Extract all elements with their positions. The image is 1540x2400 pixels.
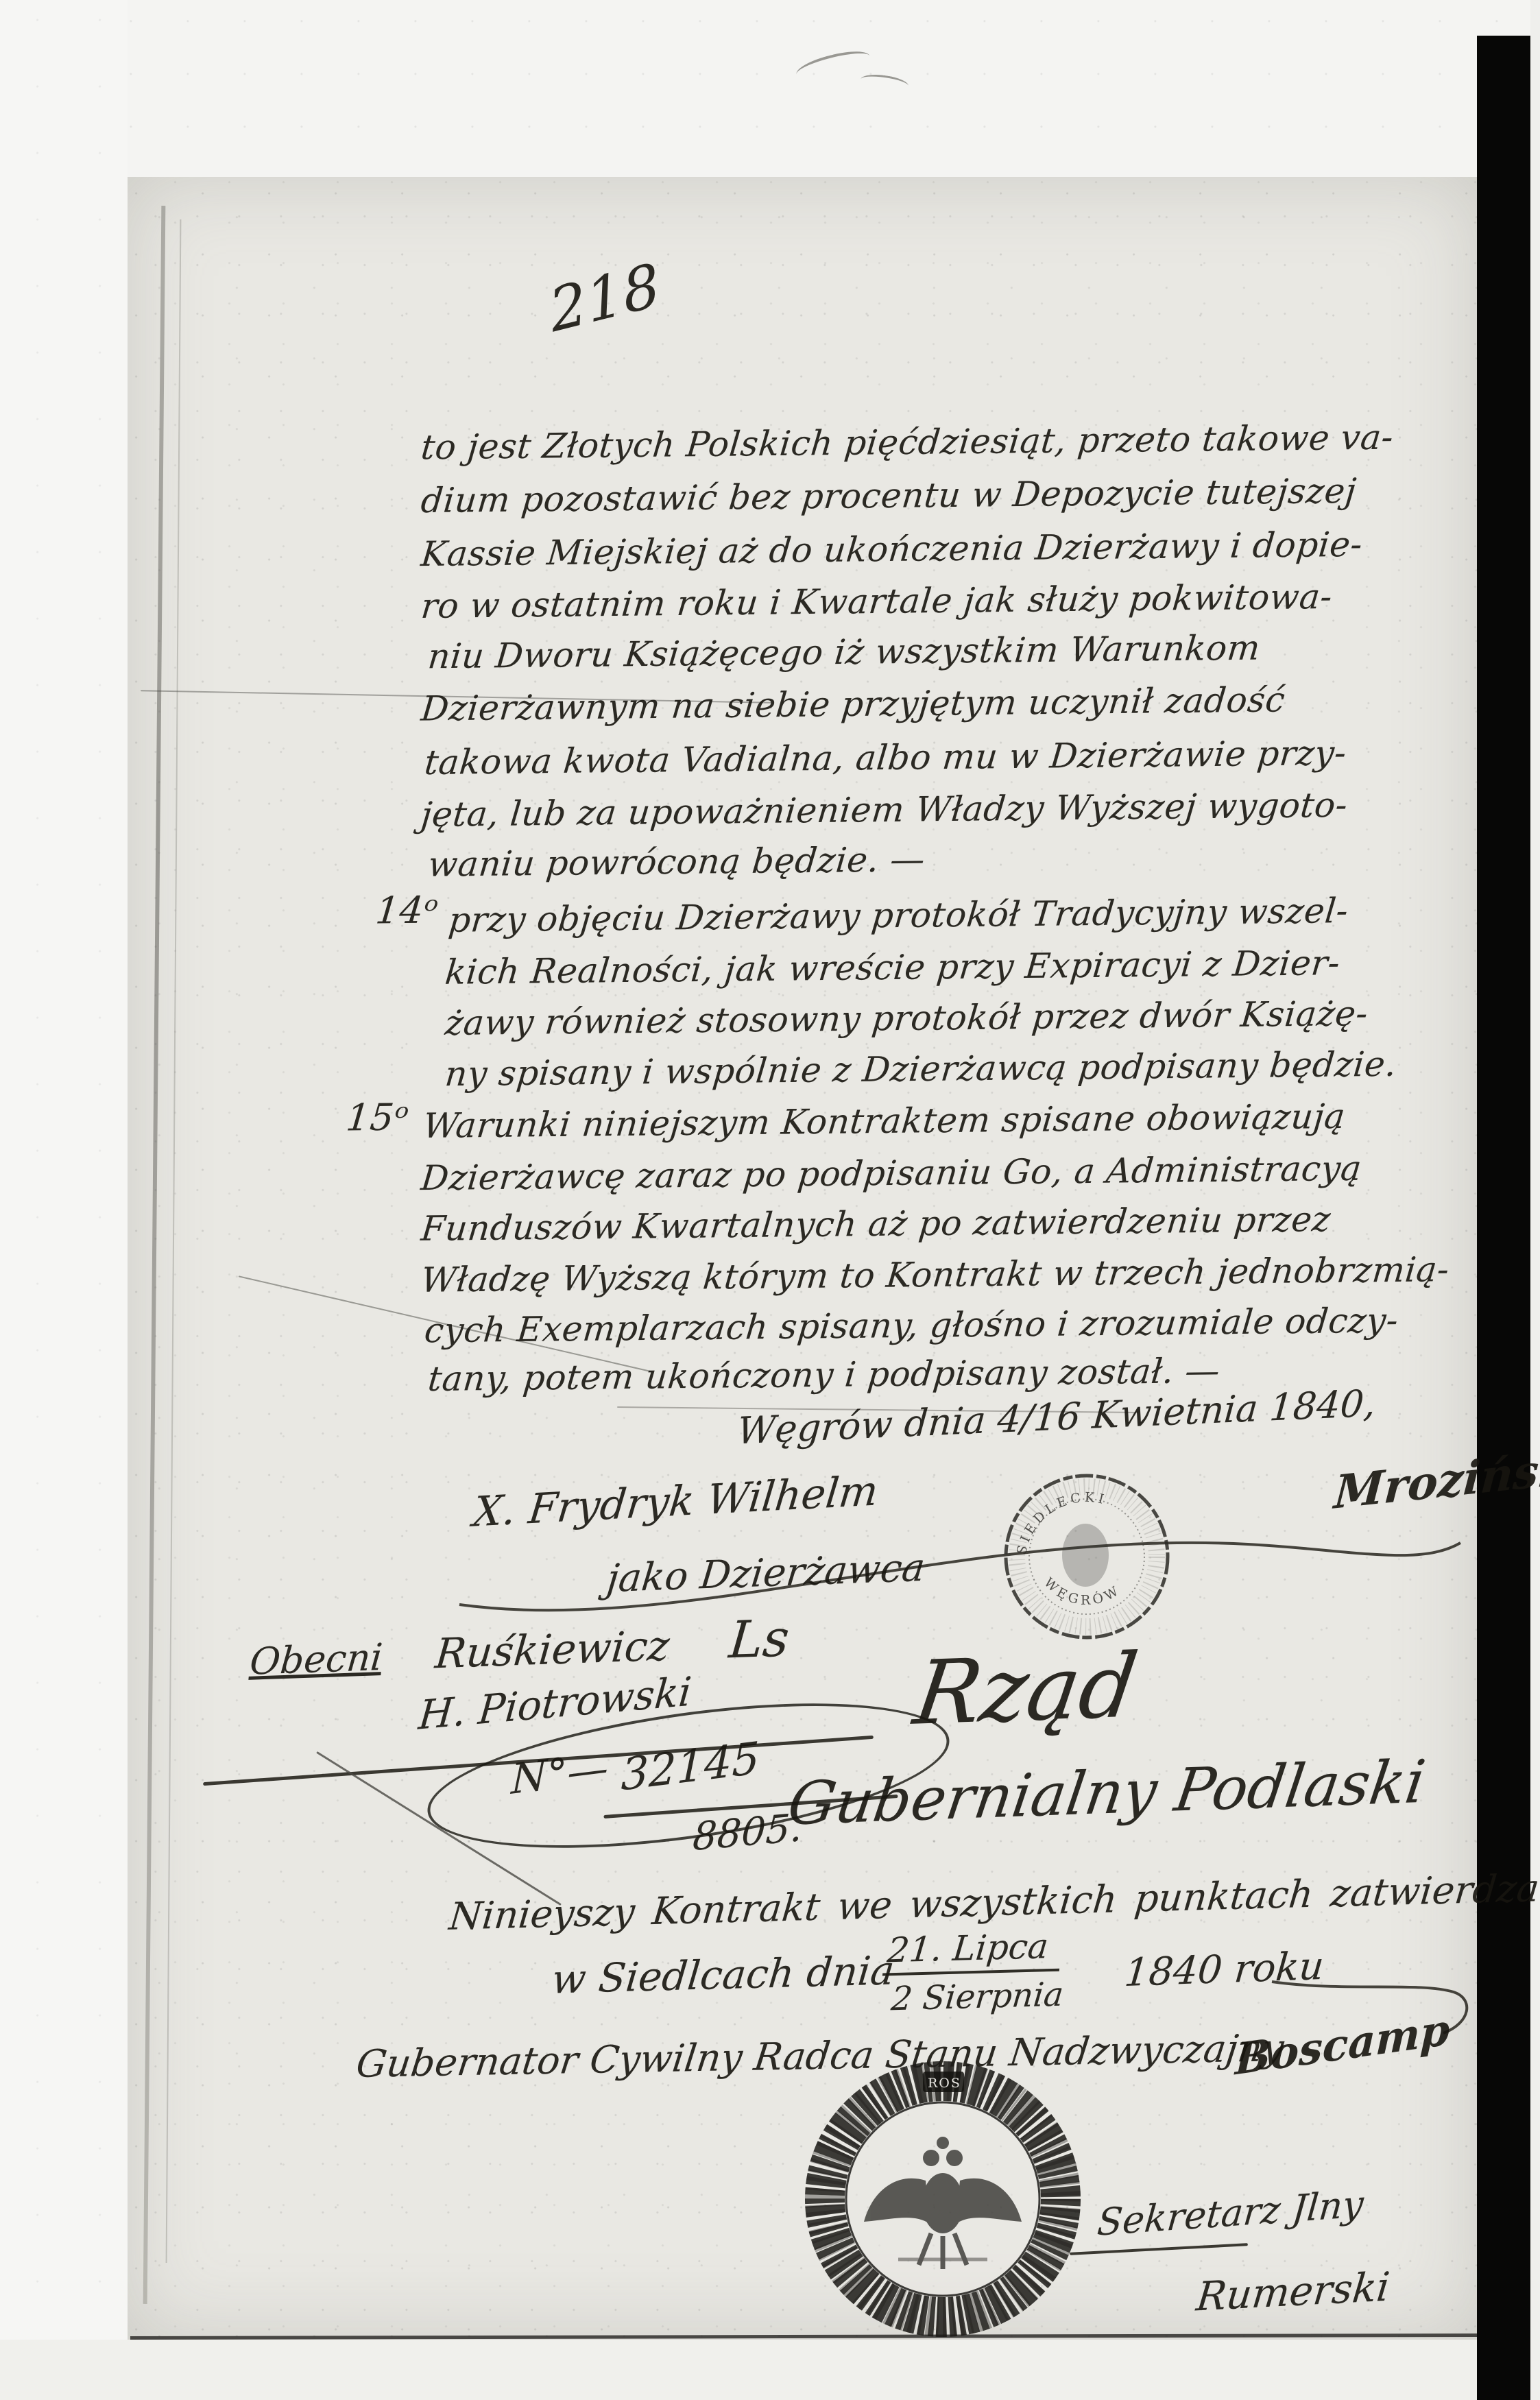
scan-black-band bbox=[1477, 36, 1530, 2400]
text-line: waniu powróconą będzie. — bbox=[426, 839, 927, 885]
scan-right-strip bbox=[1530, 0, 1540, 2400]
scan-left-margin bbox=[0, 0, 128, 2400]
witness-signature: Ruśkiewicz bbox=[433, 1622, 671, 1678]
signature-flourish bbox=[439, 1502, 1481, 1632]
clause-number-15: 15ᵒ bbox=[344, 1096, 411, 1140]
government-seal-text: ROS bbox=[928, 2076, 961, 2091]
date-old-style: 2 Sierpnia bbox=[889, 1976, 1065, 2019]
place-date-prefix: w Siedlcach dnia bbox=[550, 1947, 897, 2002]
scanner-background bbox=[0, 0, 1540, 178]
witness-label: Obecni bbox=[248, 1635, 385, 1683]
office-name-line1: Rząd bbox=[909, 1635, 1144, 1745]
document-scan: 218 to jest Złotych Polskich pięćdziesią… bbox=[0, 0, 1540, 2400]
municipal-seal-icon: SIEDLECKI WĘGRÓW bbox=[998, 1467, 1176, 1646]
witness-paraph: Ls bbox=[727, 1609, 792, 1670]
text-line: tany, potem ukończony i podpisany został… bbox=[426, 1351, 1222, 1399]
imperial-eagle-seal-icon: ROS bbox=[795, 2054, 1090, 2349]
clause-number-14: 14ᵒ bbox=[374, 889, 440, 933]
scan-bottom-strip bbox=[0, 2340, 1477, 2400]
date-new-style: 21. Lipca bbox=[882, 1926, 1064, 1976]
